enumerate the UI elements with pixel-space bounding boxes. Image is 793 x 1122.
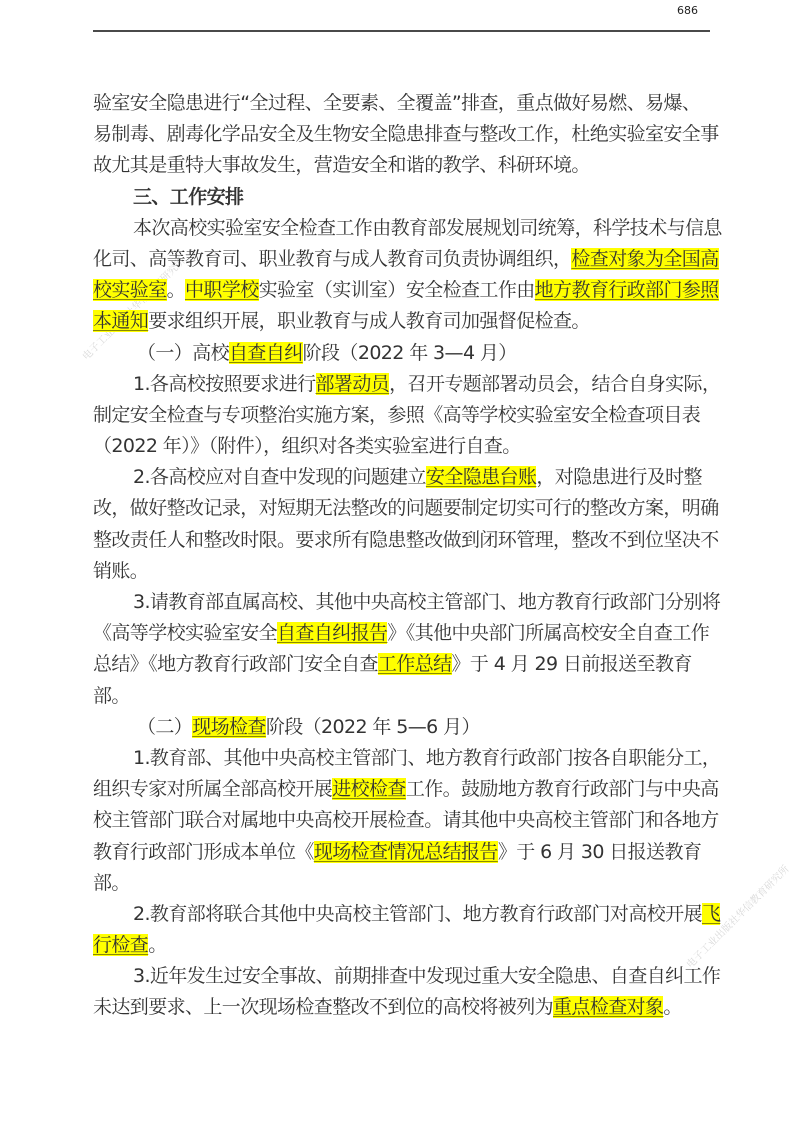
text-line: 易制毒、剧毒化学品安全及生物安全隐患排查与整改工作，杜绝实验室安全事 xyxy=(93,119,713,150)
text-line: 部。 xyxy=(93,681,713,712)
text-segment: 验室安全隐患进行“全过程、全要素、全覆盖”排查，重点做好易燃、易爆、 xyxy=(93,92,700,114)
text-line: （二）现场检查阶段（2022 年 5—6 月） xyxy=(93,712,713,743)
text-segment: ，召开专题部署动员会，结合自身实际， xyxy=(389,373,720,395)
text-line: 制定安全检查与专项整治实施方案，参照《高等学校实验室安全检查项目表 xyxy=(93,400,713,431)
text-line: 3.近年发生过安全事故、前期排查中发现过重大安全隐患、自查自纠工作 xyxy=(93,961,713,992)
highlighted-text: 自查自纠报告 xyxy=(277,622,387,644)
text-line: 未达到要求、上一次现场检查整改不到位的高校将被列为重点检查对象。 xyxy=(93,992,713,1023)
text-line: 部。 xyxy=(93,868,713,899)
text-line: 2.教育部将联合其他中央高校主管部门、地方教育行政部门对高校开展飞 xyxy=(93,899,713,930)
text-segment: 工作。鼓励地方教育行政部门与中央高 xyxy=(406,778,719,800)
text-segment: 》于 6 月 30 日报送教育 xyxy=(498,841,701,863)
text-segment: 本次高校实验室安全检查工作由教育部发展规划司统筹，科学技术与信息 xyxy=(133,217,722,239)
highlighted-text: 部署动员 xyxy=(316,373,390,395)
text-segment: 总结》《地方教育行政部门安全自查 xyxy=(93,653,378,675)
text-line: 销账。 xyxy=(93,556,713,587)
page-number: 686 xyxy=(677,4,698,17)
text-segment: （2022 年）》（附件），组织对各类实验室进行自查。 xyxy=(93,435,521,457)
text-segment: 三、工作安排 xyxy=(133,186,243,208)
text-segment: 故尤其是重特大事故发生，营造安全和谐的教学、科研环境。 xyxy=(93,154,590,176)
highlighted-text: 重点检查对象 xyxy=(553,996,663,1018)
text-segment: 。 xyxy=(167,279,185,301)
text-segment: 3.请教育部直属高校、其他中央高校主管部门、地方教育行政部门分别将 xyxy=(133,591,720,613)
highlighted-text: 校实验室 xyxy=(93,279,167,301)
text-segment: 2.各高校应对自查中发现的问题建立 xyxy=(133,466,426,488)
highlighted-text: 工作总结 xyxy=(378,653,452,675)
text-segment: 教育行政部门形成本单位《 xyxy=(93,841,314,863)
highlighted-text: 地方教育行政部门参照 xyxy=(535,279,719,301)
text-line: 改，做好整改记录，对短期无法整改的问题要制定切实可行的整改方案，明确 xyxy=(93,493,713,524)
highlighted-text: 中职学校 xyxy=(185,279,259,301)
text-segment: 整改责任人和整改时限。要求所有隐患整改做到闭环管理，整改不到位坚决不 xyxy=(93,529,719,551)
highlighted-text: 本通知 xyxy=(93,310,148,332)
text-line: 教育行政部门形成本单位《现场检查情况总结报告》于 6 月 30 日报送教育 xyxy=(93,837,713,868)
text-line: 行检查。 xyxy=(93,930,713,961)
text-line: 校主管部门联合对属地中央高校开展检查。请其他中央高校主管部门和各地方 xyxy=(93,805,713,836)
document-body: 验室安全隐患进行“全过程、全要素、全覆盖”排查，重点做好易燃、易爆、易制毒、剧毒… xyxy=(93,88,713,1024)
text-segment: 3.近年发生过安全事故、前期排查中发现过重大安全隐患、自查自纠工作 xyxy=(133,965,720,987)
text-segment: 1.各高校按照要求进行 xyxy=(133,373,316,395)
text-line: （一）高校自查自纠阶段（2022 年 3—4 月） xyxy=(93,338,713,369)
text-segment: 。 xyxy=(148,934,166,956)
text-segment: （二） xyxy=(137,716,192,738)
highlighted-text: 自查自纠 xyxy=(229,342,303,364)
text-segment: 阶段（2022 年 5—6 月） xyxy=(266,716,480,738)
text-segment: ，对隐患进行及时整 xyxy=(536,466,702,488)
text-line: 整改责任人和整改时限。要求所有隐患整改做到闭环管理，整改不到位坚决不 xyxy=(93,525,713,556)
text-line: 故尤其是重特大事故发生，营造安全和谐的教学、科研环境。 xyxy=(93,150,713,181)
text-segment: 制定安全检查与专项整治实施方案，参照《高等学校实验室安全检查项目表 xyxy=(93,404,700,426)
highlighted-text: 现场检查 xyxy=(192,716,266,738)
text-line: 1.各高校按照要求进行部署动员，召开专题部署动员会，结合自身实际， xyxy=(93,369,713,400)
text-segment: 要求组织开展，职业教育与成人教育司加强督促检查。 xyxy=(148,310,590,332)
text-segment: 组织专家对所属全部高校开展 xyxy=(93,778,332,800)
highlighted-text: 安全隐患台账 xyxy=(426,466,536,488)
text-line: 本通知要求组织开展，职业教育与成人教育司加强督促检查。 xyxy=(93,306,713,337)
text-segment: 校主管部门联合对属地中央高校开展检查。请其他中央高校主管部门和各地方 xyxy=(93,809,719,831)
text-segment: 改，做好整改记录，对短期无法整改的问题要制定切实可行的整改方案，明确 xyxy=(93,497,719,519)
text-line: 2.各高校应对自查中发现的问题建立安全隐患台账，对隐患进行及时整 xyxy=(93,462,713,493)
section-heading: 三、工作安排 xyxy=(93,182,713,213)
text-segment: 实验室（实训室）安全检查工作由 xyxy=(259,279,535,301)
text-line: 本次高校实验室安全检查工作由教育部发展规划司统筹，科学技术与信息 xyxy=(93,213,713,244)
text-segment: 易制毒、剧毒化学品安全及生物安全隐患排查与整改工作，杜绝实验室安全事 xyxy=(93,123,719,145)
text-segment: 阶段（2022 年 3—4 月） xyxy=(303,342,517,364)
text-segment: 部。 xyxy=(93,685,130,707)
text-line: 《高等学校实验室安全自查自纠报告》《其他中央部门所属高校安全自查工作 xyxy=(93,618,713,649)
text-segment: 销账。 xyxy=(93,560,148,582)
text-line: 3.请教育部直属高校、其他中央高校主管部门、地方教育行政部门分别将 xyxy=(93,587,713,618)
highlighted-text: 行检查 xyxy=(93,934,148,956)
highlighted-text: 检查对象为全国高 xyxy=(571,248,718,270)
text-segment: 1.教育部、其他中央高校主管部门、地方教育行政部门按各自职能分工， xyxy=(133,747,720,769)
text-line: 1.教育部、其他中央高校主管部门、地方教育行政部门按各自职能分工， xyxy=(93,743,713,774)
text-segment: 》于 4 月 29 日前报送至教育 xyxy=(452,653,692,675)
text-line: 验室安全隐患进行“全过程、全要素、全覆盖”排查，重点做好易燃、易爆、 xyxy=(93,88,713,119)
text-segment: 部。 xyxy=(93,872,130,894)
text-line: 总结》《地方教育行政部门安全自查工作总结》于 4 月 29 日前报送至教育 xyxy=(93,649,713,680)
highlighted-text: 进校检查 xyxy=(332,778,406,800)
highlighted-text: 飞 xyxy=(702,903,720,925)
text-segment: 。 xyxy=(663,996,681,1018)
text-line: 化司、高等教育司、职业教育与成人教育司负责协调组织，检查对象为全国高 xyxy=(93,244,713,275)
text-segment: 未达到要求、上一次现场检查整改不到位的高校将被列为 xyxy=(93,996,553,1018)
text-segment: 2.教育部将联合其他中央高校主管部门、地方教育行政部门对高校开展 xyxy=(133,903,702,925)
highlighted-text: 现场检查情况总结报告 xyxy=(314,841,498,863)
text-segment: 》《其他中央部门所属高校安全自查工作 xyxy=(387,622,709,644)
header-rule xyxy=(93,30,710,32)
text-line: （2022 年）》（附件），组织对各类实验室进行自查。 xyxy=(93,431,713,462)
text-segment: 《高等学校实验室安全 xyxy=(93,622,277,644)
text-segment: 化司、高等教育司、职业教育与成人教育司负责协调组织， xyxy=(93,248,571,270)
text-line: 组织专家对所属全部高校开展进校检查工作。鼓励地方教育行政部门与中央高 xyxy=(93,774,713,805)
text-segment: （一）高校 xyxy=(137,342,229,364)
text-line: 校实验室。中职学校实验室（实训室）安全检查工作由地方教育行政部门参照 xyxy=(93,275,713,306)
